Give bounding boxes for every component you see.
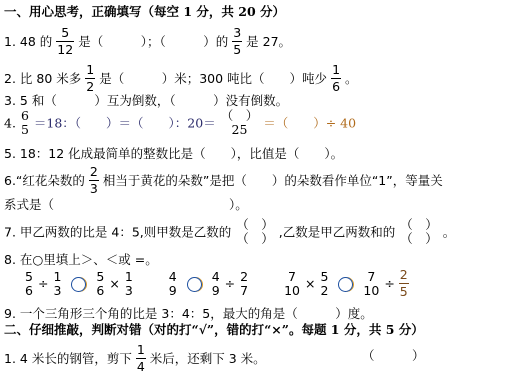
fraction: 13 [52, 270, 62, 298]
question-6: 6.“红花朵数的23相当于黄花的朵数”是把（ ）的朵数看作单位“1”，等量关 [4, 166, 443, 197]
compare-circle[interactable] [187, 277, 202, 292]
fraction: 35 [232, 26, 242, 57]
question-6-continued: 系式是（ ）。 [4, 197, 248, 213]
fraction: 56 [24, 270, 34, 298]
fraction: 52 [319, 270, 329, 298]
answer-blank[interactable]: （ ） [362, 348, 425, 364]
fraction: 12 [85, 63, 95, 94]
question-2: 2. 比 80 米多12是（ ）米；300 吨比（ ）吨少16。 [4, 64, 358, 95]
section-2-heading: 二、仔细推敲，判断对错（对的打“√”，错的打“×”。每题 1 分，共 5 分） [4, 322, 424, 338]
question-4: 4.65＝18：（ ）＝（ ）：20＝（ ）25＝（ ）÷ 40 [4, 110, 356, 138]
fraction: 49 [211, 270, 221, 298]
fraction: 27 [239, 270, 249, 298]
question-1: 1. 48 的512是（ ）；（ ）的35是 27。 [4, 27, 291, 58]
fraction: 65 [20, 109, 30, 137]
fraction: 56 [95, 270, 105, 298]
fraction: 25 [399, 268, 409, 299]
question-3: 3. 5 和（ ）互为倒数，（ ）没有倒数。 [4, 93, 288, 109]
compare-circle[interactable] [338, 277, 353, 292]
fraction: 710 [362, 270, 380, 298]
fraction: 14 [136, 343, 146, 373]
fraction: 16 [331, 63, 341, 94]
question-8-comparisons: 56÷1356×13 4949÷27 710×52710÷25 [20, 269, 413, 300]
fraction: 13 [124, 270, 134, 298]
fraction: （ ）25 [220, 109, 260, 137]
fraction: 512 [56, 26, 74, 57]
fraction: 710 [283, 270, 301, 298]
fraction: 23 [89, 165, 99, 196]
compare-circle[interactable] [71, 277, 86, 292]
fraction: 49 [168, 270, 178, 298]
question-7: 7. 甲乙两数的比是 4：5,则甲数是乙数的（ ）（ ）,乙数是甲乙两数和的（ … [4, 219, 455, 247]
section-1-heading: 一、用心思考，正确填写（每空 1 分，共 20 分） [4, 4, 285, 20]
fraction: （ ）（ ） [235, 218, 275, 246]
question-5: 5. 18：12 化成最简单的整数比是（ ），比值是（ ）。 [4, 146, 343, 162]
question-9: 9. 一个三角形三个角的比是 3：4：5，最大的角是（ ）度。 [4, 306, 373, 322]
question-8: 8. 在○里填上＞、＜或 =。 [4, 252, 158, 268]
fraction: （ ）（ ） [399, 218, 439, 246]
section-2-question-1: 1. 4 米长的钢管，剪下14米后，还剩下 3 米。 [4, 344, 266, 373]
